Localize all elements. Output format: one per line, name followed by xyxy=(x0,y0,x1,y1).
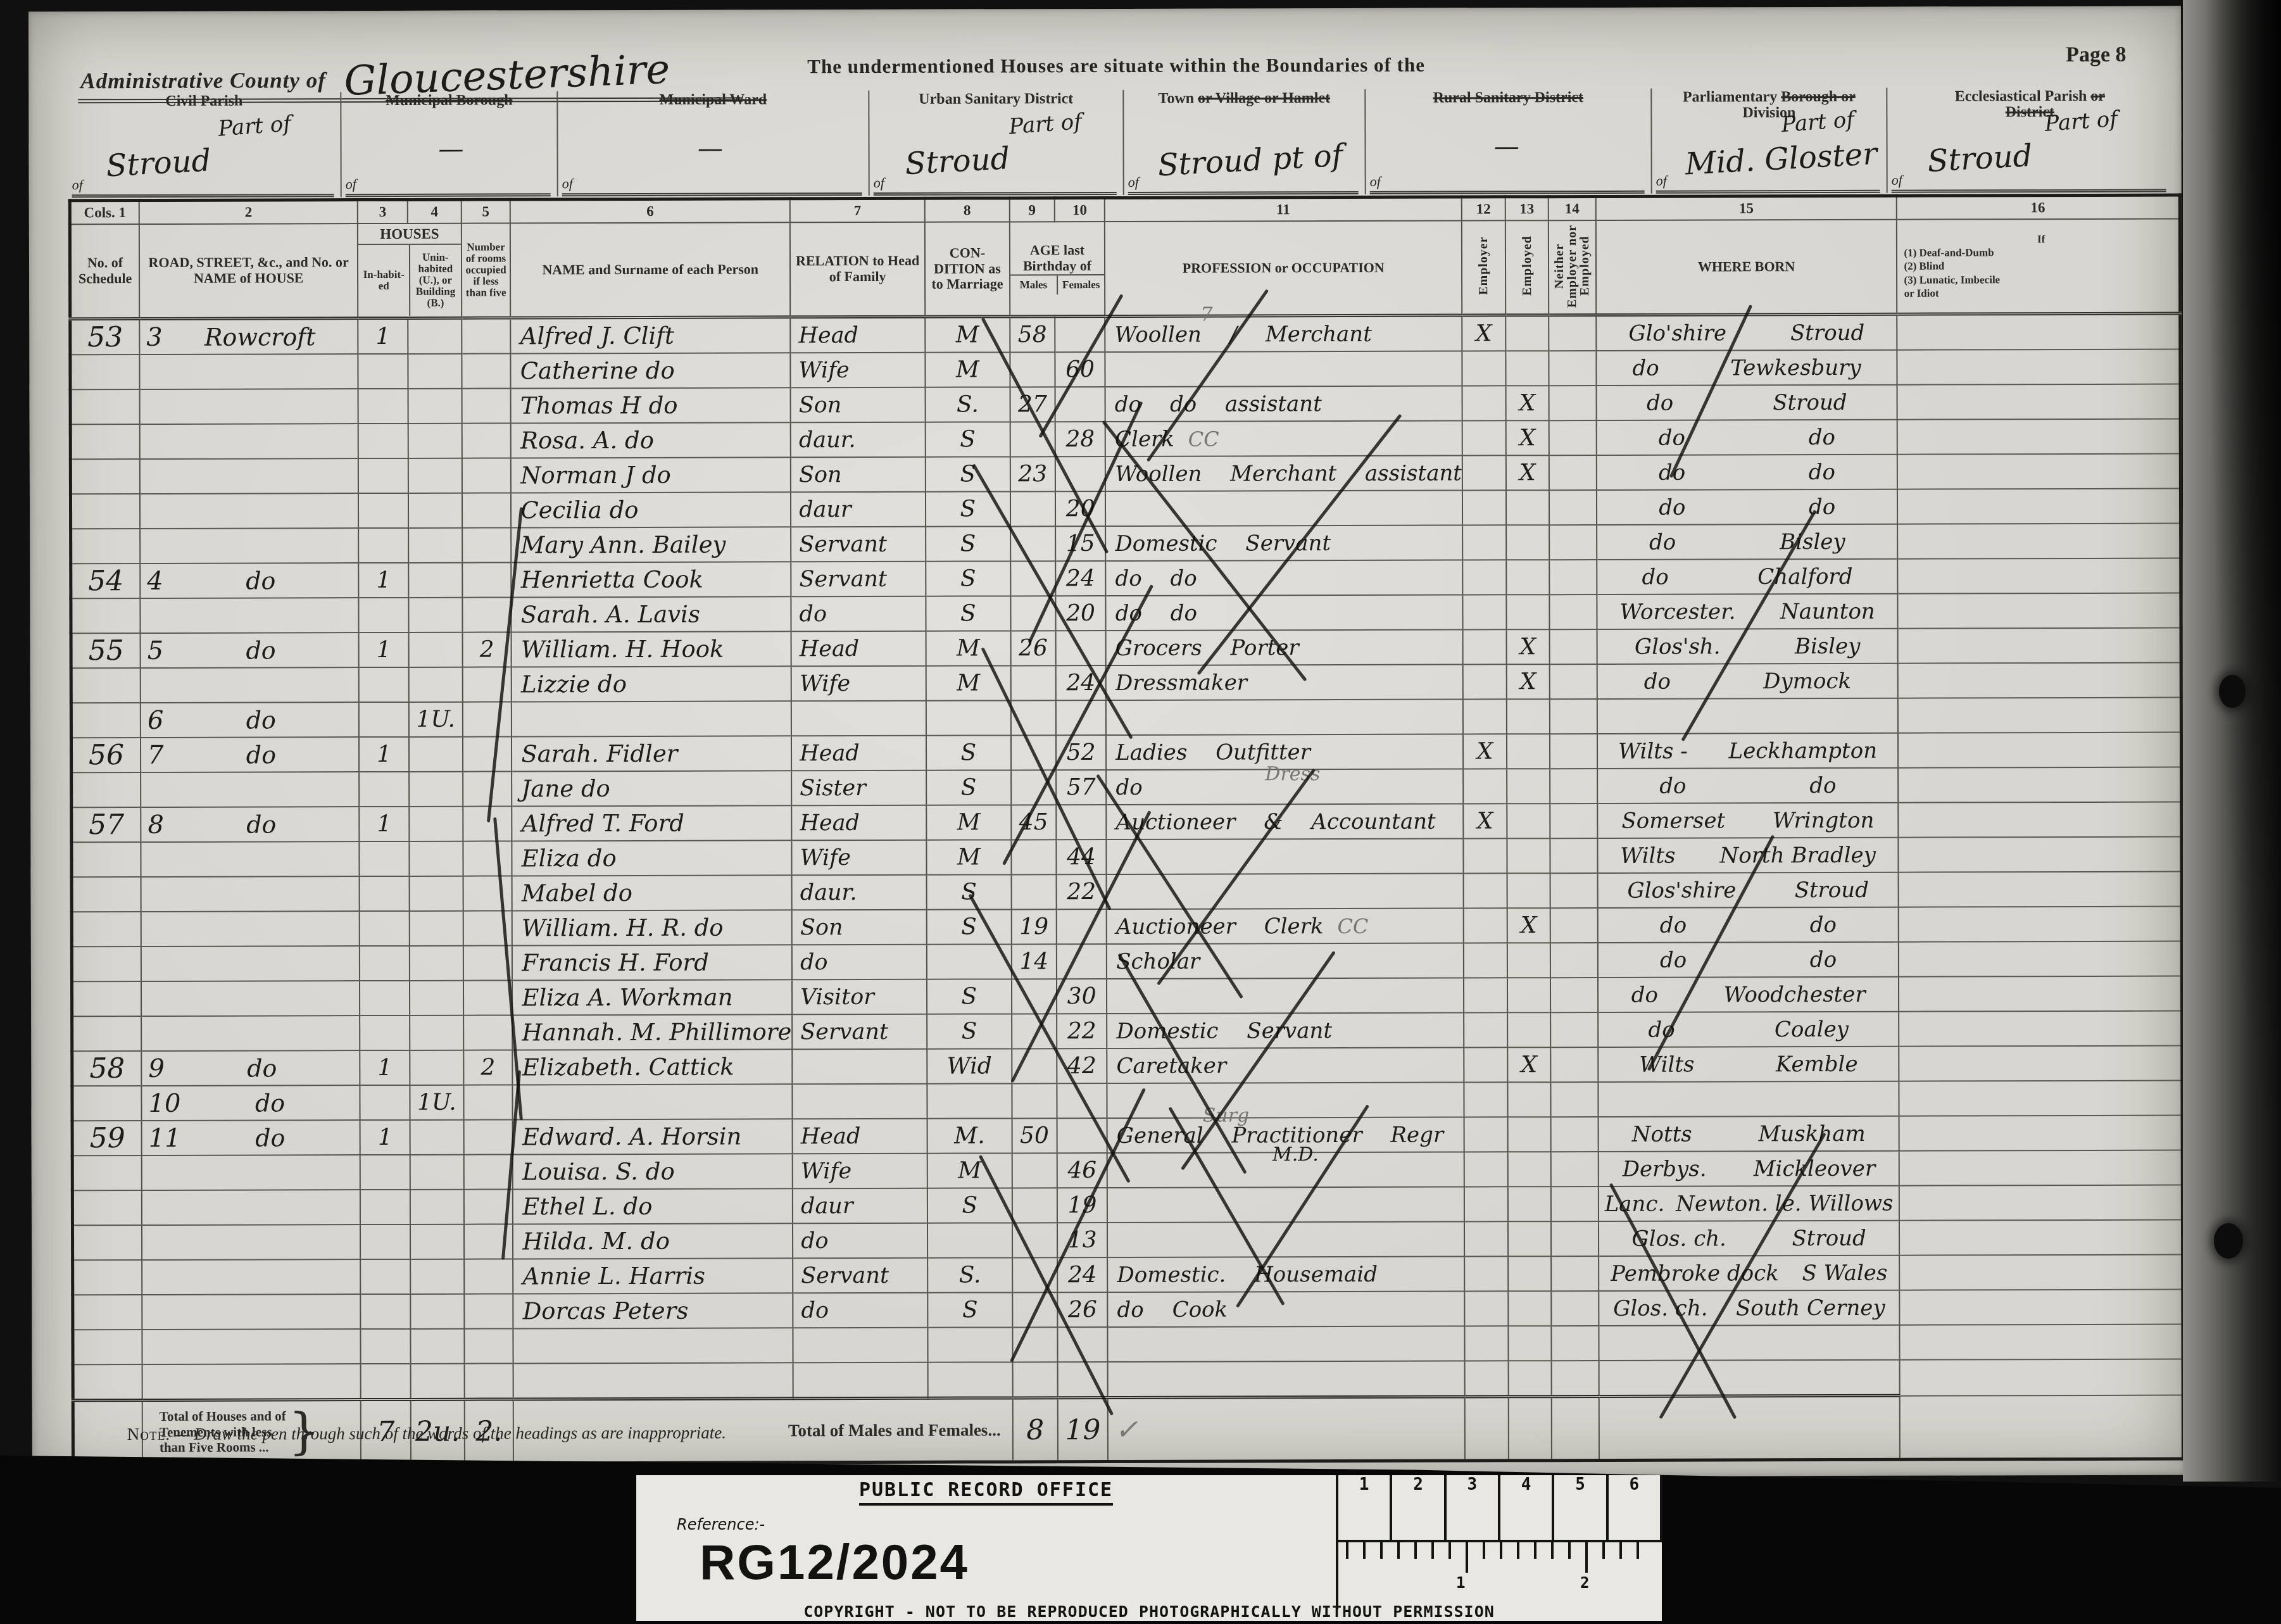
district-label: Rural Sanitary District xyxy=(1366,90,1650,106)
cell-schedule xyxy=(70,494,140,529)
where-born: doWoodchester xyxy=(1599,981,1899,1007)
table-row: 567do1Sarah. FidlerHeadS52DressLadies Ou… xyxy=(71,733,2181,773)
cell-infirmity xyxy=(1899,941,2182,977)
cell-name: Alfred J. Clift xyxy=(511,317,791,354)
col-age-header: AGE last Birthday ofMalesFemales xyxy=(1010,222,1105,317)
cell-address xyxy=(141,946,360,981)
cell-address xyxy=(139,354,358,389)
col-neither-header-text: Neither Employer nor Employed xyxy=(1553,221,1591,310)
cell-uninhabited xyxy=(410,1120,464,1155)
address-wrap xyxy=(141,859,358,860)
cell-inhabited xyxy=(360,911,410,946)
footnote-text: — Draw the pen through such of the words… xyxy=(170,1423,726,1444)
cell-occupation xyxy=(1105,351,1462,387)
cell-neither xyxy=(1549,490,1597,525)
marriage-condition: S xyxy=(926,531,1010,557)
schedule-number: 59 xyxy=(74,1122,141,1154)
cell-employer xyxy=(1462,560,1506,595)
relation-to-head xyxy=(794,1380,927,1380)
address-wrap xyxy=(141,441,358,442)
column-number: 11 xyxy=(1105,197,1462,222)
cell-age-female: 20 xyxy=(1055,596,1105,631)
person-name: Henrietta Cook xyxy=(512,565,791,593)
cell-relation: Head xyxy=(790,317,925,353)
cell-rooms xyxy=(462,423,511,458)
marriage-condition: Wid xyxy=(927,1053,1011,1079)
cell-whereborn: dodo xyxy=(1597,489,1898,525)
cell-relation: daur xyxy=(791,492,926,527)
cell-schedule xyxy=(72,842,141,877)
cell-uninhabited xyxy=(408,424,462,458)
where-born: doCoaley xyxy=(1599,1016,1899,1042)
cell-neither xyxy=(1550,943,1598,978)
cell-occupation: Dressmaker xyxy=(1106,665,1463,700)
punch-hole xyxy=(2214,1223,2243,1259)
cell-age-female: 22 xyxy=(1057,1014,1107,1048)
district-of-line: of xyxy=(1656,168,1880,194)
cell-address xyxy=(142,1364,361,1400)
cell-rooms xyxy=(463,736,512,771)
district-label-part: Town xyxy=(1159,91,1198,107)
person-name: Dorcas Peters xyxy=(514,1297,793,1325)
infirmity-line: or Idiot xyxy=(1904,286,2179,299)
table-row: 544do1Henrietta CookServantS24do dodoCha… xyxy=(71,558,2181,599)
cell-employed xyxy=(1507,978,1551,1012)
district-box: Parliamentary Borough or Division Part o… xyxy=(1650,88,1886,194)
person-name: Francis H. Ford xyxy=(513,948,791,976)
cell-name: Mabel do xyxy=(512,875,792,910)
where-born: Glos'sh.Bisley xyxy=(1597,633,1897,659)
cell-rooms: 2 xyxy=(463,1050,513,1085)
cell-infirmity xyxy=(1897,489,2180,524)
cell-occupation: Scholar xyxy=(1107,943,1464,979)
cell-condition: S xyxy=(926,422,1010,456)
cell-uninhabited xyxy=(410,1329,464,1364)
relation-to-head: Visitor xyxy=(793,984,926,1010)
born-county: Lanc. xyxy=(1605,1191,1665,1216)
person-name: Sarah. Fidler xyxy=(512,740,791,767)
cell-employer xyxy=(1462,386,1506,420)
relation-to-head: daur xyxy=(793,1193,927,1219)
house-number: 10 xyxy=(142,1088,180,1117)
house-name xyxy=(149,1173,360,1173)
page-number: Page 8 xyxy=(2066,43,2126,67)
cell-neither xyxy=(1549,525,1597,560)
district-label-part: Rural Sanitary District xyxy=(1433,89,1583,106)
column-number: 13 xyxy=(1505,197,1549,221)
col-name-header-text: NAME and Surname of each Person xyxy=(511,261,789,278)
cell-relation: Son xyxy=(791,387,926,423)
where-born: dodo xyxy=(1599,947,1899,973)
cell-employed xyxy=(1507,734,1550,769)
cell-occupation: SurgM.D.General Practitioner Regr xyxy=(1107,1117,1464,1153)
cell-inhabited xyxy=(360,1190,410,1224)
address-wrap xyxy=(141,790,358,790)
relation-to-head: do xyxy=(792,601,926,627)
where-born: dodo xyxy=(1597,424,1897,450)
relation-to-head: Head xyxy=(791,322,924,348)
table-row: Mary Ann. BaileyServantS15Domestic Serva… xyxy=(71,524,2181,564)
column-number: 2 xyxy=(139,200,358,224)
column-number: 3 xyxy=(358,199,408,223)
cell-address xyxy=(142,1224,360,1260)
cell-employed xyxy=(1507,1152,1551,1187)
totals-empty xyxy=(1599,1395,1900,1460)
cell-condition xyxy=(926,700,1011,735)
where-born xyxy=(1599,1098,1899,1099)
address-wrap xyxy=(142,894,359,895)
column-number: 6 xyxy=(510,199,790,223)
cell-inhabited: 1 xyxy=(359,633,409,667)
col-neither-header: Neither Employer nor Employed xyxy=(1549,220,1596,315)
relation-to-head xyxy=(793,1066,926,1067)
person-name: William. H. Hook xyxy=(512,635,791,663)
house-name xyxy=(147,406,358,407)
where-born xyxy=(1599,1342,1899,1343)
cell-age-female: 30 xyxy=(1057,979,1107,1014)
house-name: do xyxy=(180,1124,360,1152)
house-name xyxy=(147,615,358,616)
where-born xyxy=(1598,715,1898,716)
district-of-line: of xyxy=(562,171,862,196)
born-county: Wilts - xyxy=(1618,738,1688,764)
relation-to-head: do xyxy=(793,1228,927,1254)
cell-rooms xyxy=(463,876,512,910)
cell-employer xyxy=(1463,629,1507,664)
where-born: dodo xyxy=(1597,494,1897,520)
born-county: Notts xyxy=(1632,1121,1692,1147)
district-header-boxes: Civil Parish Part ofStroudofMunicipal Bo… xyxy=(68,87,2172,198)
house-number: 3 xyxy=(140,322,163,351)
administrative-county-label: Administrative County of xyxy=(80,68,326,94)
marriage-condition: S xyxy=(927,879,1011,905)
age-female: 22 xyxy=(1057,1018,1106,1044)
occupation: Ladies Outfitter xyxy=(1107,739,1462,765)
public-record-office-stamp: PUBLIC RECORD OFFICE Reference:- RG12/20… xyxy=(636,1475,1662,1621)
occupation xyxy=(1107,995,1463,996)
cell-occupation xyxy=(1108,1361,1465,1398)
marriage-condition: S xyxy=(927,774,1010,800)
cell-inhabited xyxy=(360,841,410,876)
column-number: 10 xyxy=(1055,198,1105,222)
person-name: Norman J do xyxy=(512,461,790,489)
cell-inhabited: 1 xyxy=(358,318,408,354)
cell-infirmity xyxy=(1899,1150,2182,1186)
born-county: Wilts xyxy=(1639,1052,1694,1077)
cell-infirmity xyxy=(1897,384,2180,420)
cell-whereborn: Lanc.Newton. le. Willows xyxy=(1599,1186,1900,1221)
col-infirmity-header: If(1) Deaf-and-Dumb(2) Blind(3) Lunatic,… xyxy=(1897,219,2180,315)
cell-neither xyxy=(1550,873,1598,908)
cell-employer xyxy=(1465,1326,1509,1361)
cell-uninhabited xyxy=(410,876,463,911)
cell-neither xyxy=(1549,455,1597,490)
cell-relation: do xyxy=(791,596,926,632)
cell-neither xyxy=(1550,595,1597,629)
cell-infirmity xyxy=(1900,1359,2183,1396)
cell-neither xyxy=(1551,1082,1599,1117)
cell-employed xyxy=(1507,1012,1551,1047)
house-name xyxy=(149,1207,360,1208)
cell-rooms xyxy=(463,1154,513,1189)
relation-to-head: Sister xyxy=(792,775,926,801)
born-place: Muskham xyxy=(1758,1121,1865,1146)
cell-neither xyxy=(1550,629,1597,664)
cell-schedule: 56 xyxy=(71,738,141,772)
district-value-dash: — xyxy=(698,134,723,163)
cell-condition xyxy=(927,1083,1012,1118)
occupation: Domestic. Housemaid xyxy=(1108,1261,1464,1287)
cell-condition: M xyxy=(926,840,1011,874)
cell-uninhabited xyxy=(410,1050,463,1085)
cell-rooms xyxy=(462,527,512,562)
situate-statement: The undermentioned Houses are situate wi… xyxy=(807,54,1425,79)
cell-condition: S. xyxy=(926,387,1010,422)
cell-whereborn: Glo'shireStroud xyxy=(1596,314,1897,351)
ruler-tick xyxy=(1431,1542,1434,1559)
cell-whereborn: dodo xyxy=(1597,768,1899,803)
table-row: Hannah. M. PhillimoreServantS22Domestic … xyxy=(72,1011,2182,1052)
cell-uninhabited xyxy=(408,493,462,528)
cell-schedule: 59 xyxy=(72,1121,142,1155)
district-label-part: Urban Sanitary District xyxy=(919,91,1073,108)
ruler-tick xyxy=(1551,1542,1554,1559)
of-label: of xyxy=(874,175,884,191)
pencil-note: CC xyxy=(1338,914,1369,938)
cell-name: Louisa. S. do xyxy=(513,1154,793,1189)
col-employed-header-text: Employed xyxy=(1521,236,1533,296)
cell-infirmity xyxy=(1899,907,2182,942)
district-label-part: or Village or Hamlet xyxy=(1198,90,1330,107)
cell-relation xyxy=(793,1363,928,1399)
cell-employer xyxy=(1462,490,1506,525)
district-label-part: Borough or xyxy=(1781,89,1856,105)
cell-employed xyxy=(1507,1117,1551,1152)
cell-whereborn: WiltsKemble xyxy=(1598,1047,1899,1082)
cell-condition: S xyxy=(926,526,1010,561)
cell-schedule xyxy=(72,1155,142,1190)
ruler-tick xyxy=(1397,1542,1400,1559)
cell-address: 7do xyxy=(141,737,359,772)
relation-to-head: Son xyxy=(791,392,925,418)
cell-address: 9do xyxy=(141,1050,360,1086)
cell-neither xyxy=(1550,838,1598,873)
cell-employed: X xyxy=(1505,420,1549,455)
cell-employed xyxy=(1508,1221,1552,1256)
cell-schedule xyxy=(71,703,141,738)
address-wrap: 4do xyxy=(141,566,358,596)
relation-to-head: Son xyxy=(791,462,925,488)
cell-schedule xyxy=(70,459,140,494)
born-county: Derbys. xyxy=(1623,1156,1707,1181)
age-male: 58 xyxy=(1010,322,1054,348)
cell-condition: S. xyxy=(927,1257,1012,1292)
col-rooms-header-text: Number of rooms occupied if less than fi… xyxy=(462,242,510,298)
punch-hole xyxy=(2219,675,2246,708)
cell-occupation: Woollen Merchant assistant xyxy=(1105,456,1462,491)
cell-whereborn: Glos. ch.Stroud xyxy=(1599,1221,1900,1256)
cell-uninhabited xyxy=(408,598,462,633)
employed-mark: X xyxy=(1507,669,1549,695)
house-name: do xyxy=(164,810,359,839)
cell-whereborn: dodo xyxy=(1598,942,1899,978)
cell-infirmity xyxy=(1899,1220,2182,1256)
cell-address: 4do xyxy=(140,563,358,598)
cell-uninhabited xyxy=(409,737,463,772)
cell-neither xyxy=(1552,1361,1599,1397)
cell-whereborn: Derbys.Mickleover xyxy=(1598,1151,1899,1187)
cell-name: Rosa. A. do xyxy=(511,422,791,458)
cell-inhabited: 1 xyxy=(360,1120,410,1155)
cell-schedule xyxy=(70,355,140,389)
cell-condition: S xyxy=(927,1014,1012,1048)
cell-rooms xyxy=(464,1363,513,1399)
cell-employer xyxy=(1465,1361,1509,1397)
person-name: Hilda. M. do xyxy=(513,1227,792,1255)
born-county: Pembroke dock xyxy=(1611,1261,1779,1287)
cell-whereborn xyxy=(1597,698,1899,734)
col-road-header: ROAD, STREET, &c., and No. or NAME of HO… xyxy=(139,223,358,318)
cell-neither xyxy=(1551,1256,1599,1291)
district-box: Municipal Ward —of xyxy=(556,91,868,196)
cell-condition: M xyxy=(925,352,1010,387)
district-value-upper: Part of xyxy=(217,111,292,141)
address-wrap: 6do xyxy=(141,705,358,735)
born-place: Naunton xyxy=(1780,598,1875,624)
marriage-condition: S xyxy=(927,983,1011,1009)
cell-schedule xyxy=(73,1260,142,1295)
employed-mark: X xyxy=(1507,912,1550,938)
cell-address: 6do xyxy=(141,702,359,738)
cell-name: Sarah. Fidler xyxy=(512,736,791,771)
cell-infirmity xyxy=(1899,802,2182,838)
cell-address xyxy=(142,1190,360,1225)
cell-employer: X xyxy=(1462,315,1505,351)
cell-name: Lizzie do xyxy=(512,666,791,702)
of-label: of xyxy=(1656,173,1667,189)
ruler-tick xyxy=(1517,1542,1519,1559)
cell-occupation: do do xyxy=(1106,595,1463,631)
born-county: Glos'sh. xyxy=(1635,634,1721,659)
district-of-line: of xyxy=(874,170,1117,196)
occupation xyxy=(1108,1169,1464,1170)
cell-uninhabited xyxy=(411,1364,465,1400)
house-name xyxy=(147,511,358,512)
age-female: 30 xyxy=(1057,983,1106,1009)
relation-to-head xyxy=(794,1345,927,1345)
person-name: Thomas H do xyxy=(512,391,790,419)
cell-uninhabited xyxy=(409,807,463,841)
born-county: Somerset xyxy=(1621,808,1725,833)
cell-inhabited xyxy=(358,493,408,528)
person-name: Rosa. A. do xyxy=(512,426,790,454)
marriage-condition: S xyxy=(928,1297,1012,1323)
cell-address xyxy=(142,1155,360,1190)
ruler-inch-number: 3 xyxy=(1447,1475,1500,1540)
table-row: Catherine doWifeM60doTewkesbury xyxy=(70,349,2180,390)
cell-occupation: 7Woollen / Merchant xyxy=(1105,315,1462,352)
cell-name: Catherine do xyxy=(511,353,791,388)
cell-schedule xyxy=(72,981,141,1016)
cell-relation: Head xyxy=(791,631,926,667)
cell-relation: Son xyxy=(791,457,926,493)
cell-address: 3Rowcroft xyxy=(139,318,358,355)
district-value-upper: Part of xyxy=(2044,106,2118,137)
cell-relation: do xyxy=(793,1223,927,1259)
table-row: William. H. R. doSonS19Auctioneer ClerkC… xyxy=(72,907,2182,947)
cell-condition: S xyxy=(926,456,1010,491)
occupation: Grocers Porter xyxy=(1107,634,1462,660)
ruler-tick xyxy=(1483,1542,1485,1559)
where-born: Lanc.Newton. le. Willows xyxy=(1599,1190,1899,1216)
cell-rooms xyxy=(462,388,511,423)
cell-employer xyxy=(1462,525,1506,560)
cell-occupation: Caretaker xyxy=(1107,1048,1464,1083)
cell-employed: X xyxy=(1505,455,1549,490)
cell-address xyxy=(140,493,358,529)
cell-schedule: 58 xyxy=(72,1051,142,1086)
cell-employed xyxy=(1507,838,1550,873)
cell-condition: S xyxy=(927,979,1012,1014)
born-county: Glo'shire xyxy=(1628,320,1726,346)
ruler-tick xyxy=(1380,1542,1383,1559)
total-females-value: 19 xyxy=(1059,1414,1107,1446)
cell-infirmity xyxy=(1898,663,2181,698)
cell-infirmity xyxy=(1900,1255,2183,1290)
cell-employed: X xyxy=(1505,386,1549,420)
relation-to-head: daur xyxy=(791,496,925,522)
cell-whereborn: doDymock xyxy=(1597,664,1898,699)
cell-uninhabited xyxy=(408,318,462,354)
cell-neither xyxy=(1550,734,1597,769)
cell-schedule xyxy=(71,529,141,563)
cell-name: Dorcas Peters xyxy=(513,1293,793,1328)
cell-schedule xyxy=(72,1086,142,1121)
cell-inhabited xyxy=(358,389,408,424)
cell-occupation: Grocers Porter xyxy=(1106,630,1463,665)
occupation: Dressmaker xyxy=(1107,669,1462,695)
cell-infirmity xyxy=(1899,1185,2182,1221)
cell-rooms xyxy=(463,1085,513,1119)
cell-employed xyxy=(1508,1361,1552,1397)
person-name: Lizzie do xyxy=(512,670,791,698)
district-label: Urban Sanitary District xyxy=(869,91,1122,108)
district-label-part: or xyxy=(2090,88,2105,104)
of-label: of xyxy=(1892,172,1902,189)
person-name xyxy=(514,1380,793,1381)
column-number: Cols. 1 xyxy=(70,200,139,224)
born-place: Coaley xyxy=(1775,1016,1849,1042)
marriage-condition: S. xyxy=(926,391,1010,417)
cell-employer xyxy=(1464,1117,1508,1152)
cell-name: Ethel L. do xyxy=(513,1188,793,1224)
born-county: Glos. ch. xyxy=(1613,1295,1707,1321)
column-number: 7 xyxy=(790,198,925,222)
table-row: Norman J doSonS23Woollen Merchant assist… xyxy=(70,454,2180,494)
house-name: do xyxy=(163,567,358,595)
cell-relation: Servant xyxy=(791,562,926,597)
infirmity-line: (1) Deaf-and-Dumb xyxy=(1904,246,2178,260)
cell-infirmity xyxy=(1899,837,2182,872)
address-wrap: 5do xyxy=(141,636,358,665)
born-county: do xyxy=(1647,390,1673,415)
occupation: Domestic Servant xyxy=(1106,530,1462,556)
address-wrap xyxy=(143,1347,360,1347)
house-name xyxy=(149,1347,360,1347)
cell-relation xyxy=(793,1084,927,1119)
cell-age-female xyxy=(1055,387,1105,422)
district-value-upper: Part of xyxy=(1008,109,1083,139)
